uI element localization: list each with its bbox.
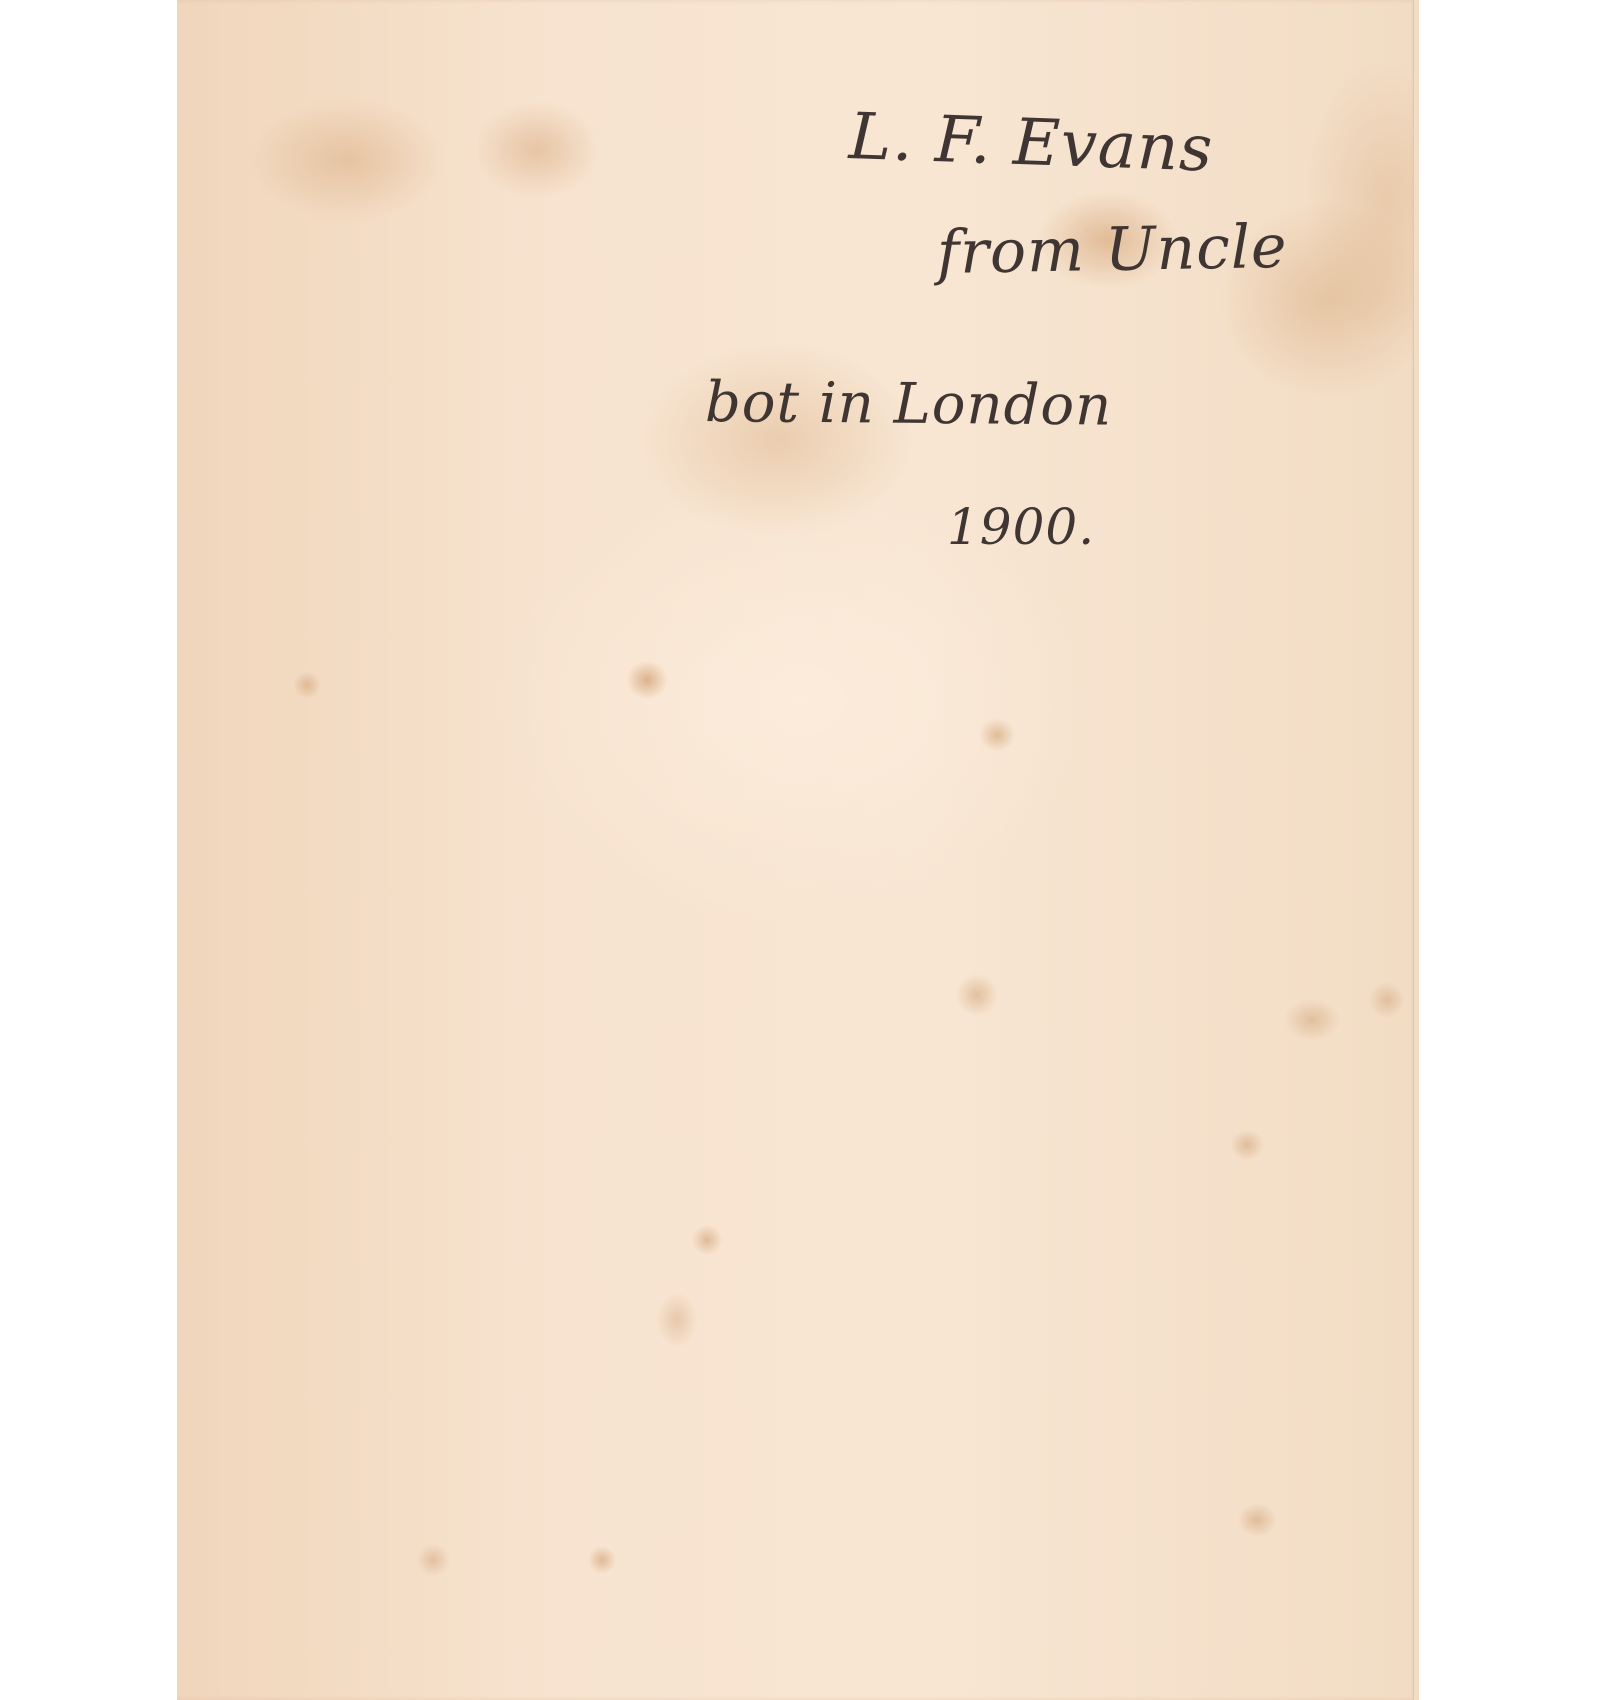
inscription-recipient: L. F. Evans bbox=[848, 100, 1215, 187]
inscription-year: 1900. bbox=[947, 498, 1095, 556]
inscription-giver: from Uncle bbox=[936, 212, 1288, 288]
inscription-place: bot in London bbox=[705, 370, 1113, 439]
page-edge bbox=[1413, 0, 1419, 1700]
book-page: L. F. Evans from Uncle bot in London 190… bbox=[177, 0, 1418, 1700]
